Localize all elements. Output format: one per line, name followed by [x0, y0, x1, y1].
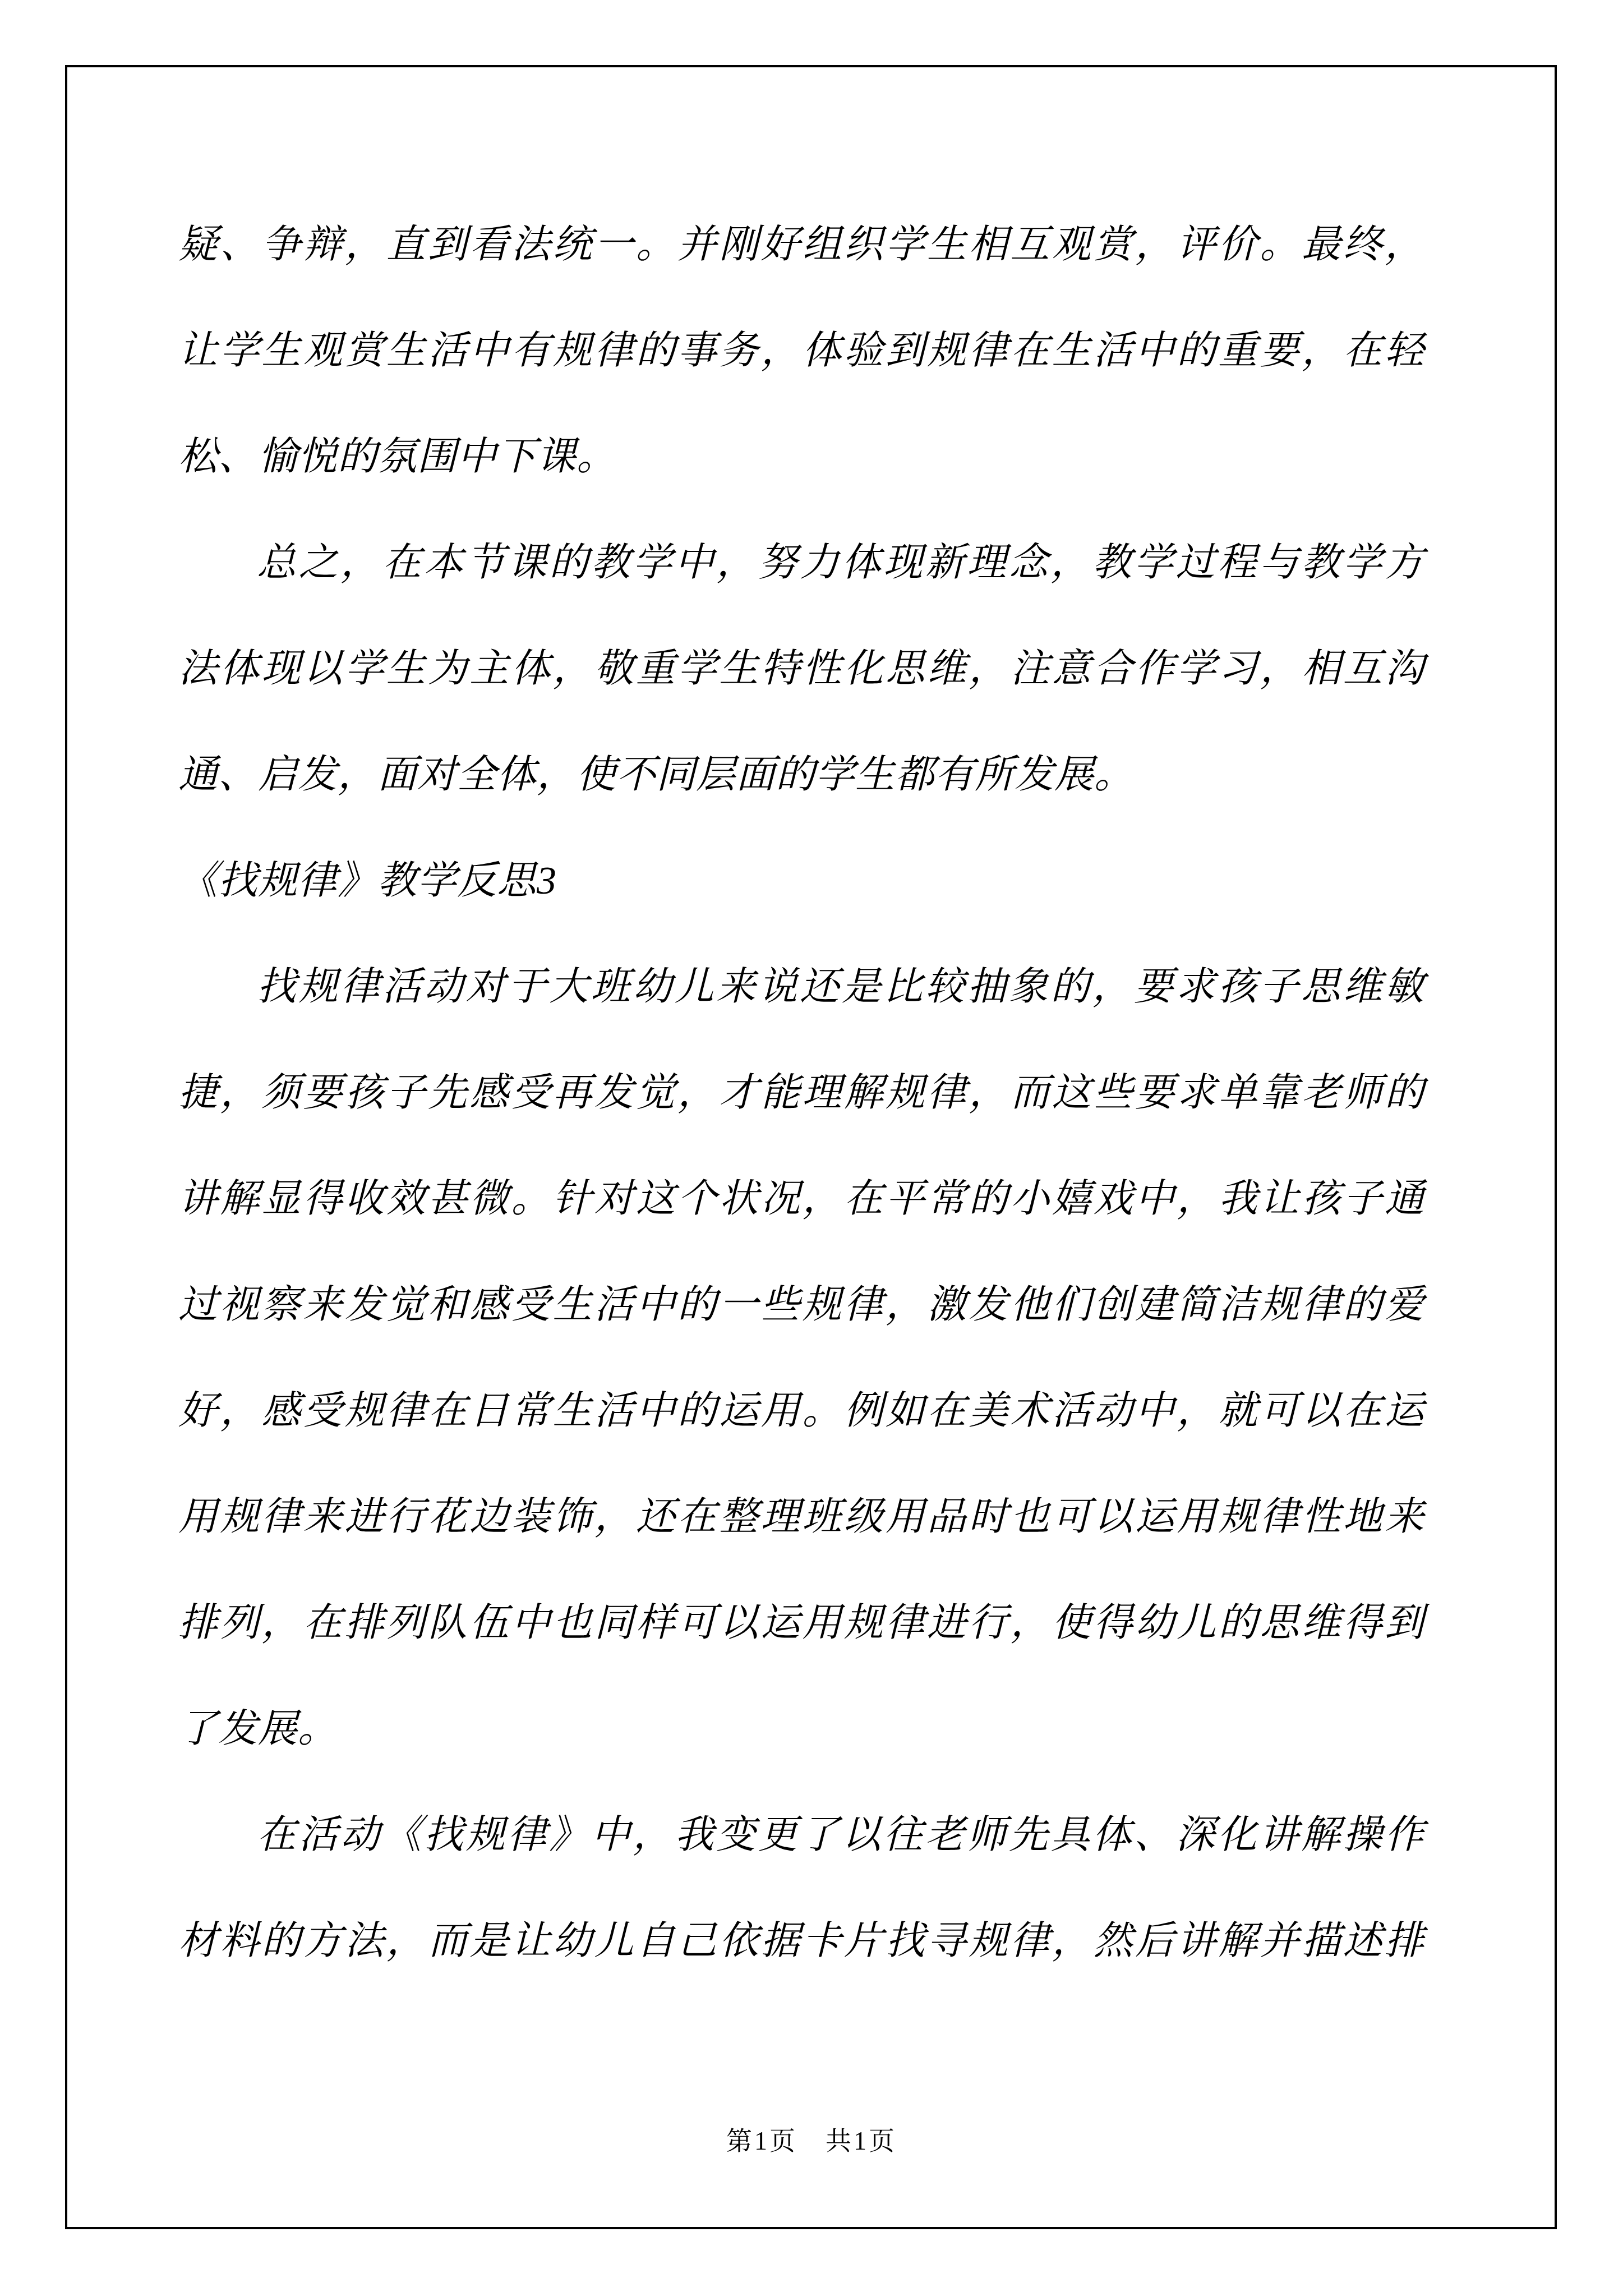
- document-body-text: 疑、争辩，直到看法统一。并刚好组织学生相互观赏，评价。最终， 让学生观赏生活中有…: [178, 192, 1424, 1994]
- text-line: 讲解显得收效甚微。针对这个状况，在平常的小嬉戏中，我让孩子通: [178, 1146, 1424, 1252]
- text-line: 过视察来发觉和感受生活中的一些规律，激发他们创建简洁规律的爱: [178, 1252, 1424, 1358]
- text-line: 捷，须要孩子先感受再发觉，才能理解规律，而这些要求单靠老师的: [178, 1040, 1424, 1146]
- text-line: 找规律活动对于大班幼儿来说还是比较抽象的，要求孩子思维敏: [178, 934, 1424, 1040]
- text-line: 用规律来进行花边装饰，还在整理班级用品时也可以运用规律性地来: [178, 1464, 1424, 1570]
- text-line: 松、愉悦的氛围中下课。: [178, 404, 1424, 510]
- text-line: 了发展。: [178, 1676, 1424, 1782]
- text-line: 让学生观赏生活中有规律的事务，体验到规律在生活中的重要，在轻: [178, 298, 1424, 404]
- text-line: 疑、争辩，直到看法统一。并刚好组织学生相互观赏，评价。最终，: [178, 192, 1424, 298]
- text-line: 好，感受规律在日常生活中的运用。例如在美术活动中，就可以在运: [178, 1358, 1424, 1464]
- text-line-heading: 《找规律》教学反思3: [178, 828, 1424, 934]
- text-line: 总之，在本节课的教学中，努力体现新理念，教学过程与教学方: [178, 510, 1424, 616]
- text-line: 排列，在排列队伍中也同样可以运用规律进行，使得幼儿的思维得到: [178, 1570, 1424, 1676]
- text-line: 通、启发，面对全体，使不同层面的学生都有所发展。: [178, 722, 1424, 828]
- text-line: 在活动《找规律》中，我变更了以往老师先具体、深化讲解操作: [178, 1782, 1424, 1888]
- page-footer: 第1页 共1页: [0, 2122, 1623, 2161]
- text-line: 法体现以学生为主体，敬重学生特性化思维，注意合作学习，相互沟: [178, 616, 1424, 722]
- text-line: 材料的方法，而是让幼儿自己依据卡片找寻规律，然后讲解并描述排: [178, 1888, 1424, 1994]
